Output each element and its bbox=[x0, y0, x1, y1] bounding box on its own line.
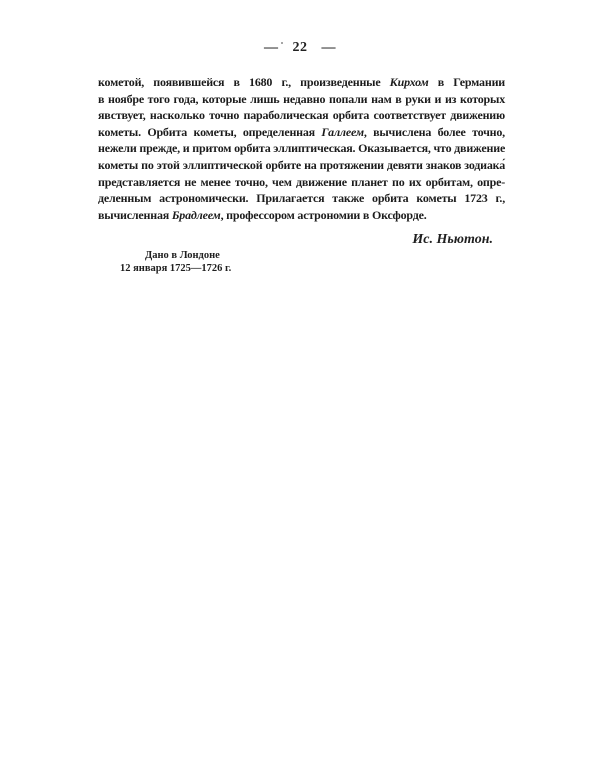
text-segment: кометы. Орбита кометы, определенная bbox=[98, 125, 321, 139]
paragraph: кометой, появившейся в 1680 г., произвед… bbox=[98, 74, 505, 223]
proper-name-italic: Кирхом bbox=[390, 75, 429, 89]
proper-name-italic: Галлеем bbox=[321, 125, 363, 139]
text-line: деленным астрономически. Прилагается так… bbox=[98, 190, 505, 207]
text-line: кометы. Орбита кометы, определенная Галл… bbox=[98, 124, 505, 141]
text-segment: кометы по этой эллиптической орбите на п… bbox=[98, 158, 505, 172]
text-segment: нежели прежде, и притом орбита эллиптиче… bbox=[98, 141, 505, 155]
text-segment: кометой, появившейся в 1680 г., произвед… bbox=[98, 75, 390, 89]
text-segment: , вычислена более точно, bbox=[364, 125, 505, 139]
dateline: Дано в Лондоне 12 января 1725—1726 г. bbox=[120, 249, 231, 275]
text-segment: явствует, насколько точно параболическая… bbox=[98, 108, 505, 122]
text-line: вычисленная Брадлеем, профессором астрон… bbox=[98, 207, 505, 224]
header-dash-left: — bbox=[264, 40, 279, 56]
text-line: нежели прежде, и притом орбита эллиптиче… bbox=[98, 140, 505, 157]
dateline-date: 12 января 1725—1726 г. bbox=[120, 262, 231, 275]
text-line: кометой, появившейся в 1680 г., произвед… bbox=[98, 74, 505, 91]
page-header: —22— bbox=[0, 40, 600, 56]
text-line: кометы по этой эллиптической орбите на п… bbox=[98, 157, 505, 174]
book-page: —22— кометой, появившейся в 1680 г., про… bbox=[0, 0, 600, 765]
text-line: в ноябре того года, которые лишь недавно… bbox=[98, 91, 505, 108]
print-speck bbox=[281, 42, 283, 44]
header-dash-right: — bbox=[322, 40, 337, 56]
proper-name-italic: Брадлеем bbox=[172, 208, 221, 222]
text-line: представляется не менее точно, чем движе… bbox=[98, 174, 505, 191]
page-number: 22 bbox=[293, 40, 308, 55]
text-segment: в ноябре того года, которые лишь недавно… bbox=[98, 92, 505, 106]
text-segment: представляется не менее точно, чем движе… bbox=[98, 175, 505, 189]
text-segment: в Германии bbox=[429, 75, 505, 89]
text-segment: деленным астрономически. Прилагается так… bbox=[98, 191, 505, 205]
text-segment: вычисленная bbox=[98, 208, 172, 222]
text-line: явствует, насколько точно параболическая… bbox=[98, 107, 505, 124]
signature: Ис. Ньютон. bbox=[98, 232, 505, 248]
dateline-place: Дано в Лондоне bbox=[120, 249, 231, 262]
text-segment: , профессором астрономии в Оксфорде. bbox=[221, 208, 427, 222]
